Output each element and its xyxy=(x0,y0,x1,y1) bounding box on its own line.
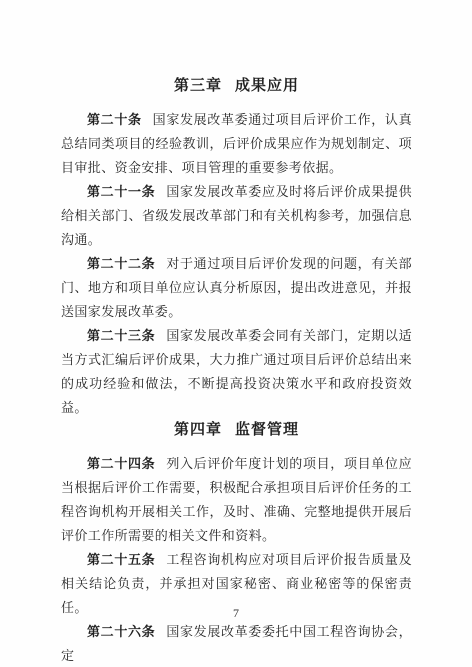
article-number: 第二十条 xyxy=(87,112,142,127)
article-number: 第二十三条 xyxy=(87,328,155,343)
chapter-title: 监督管理 xyxy=(235,422,299,438)
article-paragraph: 第二十六条国家发展改革委委托中国工程咨询协会，定 xyxy=(61,620,412,667)
chapter-heading: 第四章监督管理 xyxy=(61,420,412,440)
article-number: 第二十二条 xyxy=(87,256,155,271)
chapter-number: 第三章 xyxy=(174,78,222,94)
article-number: 第二十一条 xyxy=(87,184,155,199)
article-paragraph: 第二十三条国家发展改革委会同有关部门，定期以适当方式汇编后评价成果，大力推广通过… xyxy=(61,324,412,420)
article-number: 第二十四条 xyxy=(87,456,155,471)
article-paragraph: 第二十条国家发展改革委通过项目后评价工作，认真总结同类项目的经验教训，后评价成果… xyxy=(61,108,412,180)
chapter-title: 成果应用 xyxy=(235,78,299,94)
document-page: 第三章成果应用第二十条国家发展改革委通过项目后评价工作，认真总结同类项目的经验教… xyxy=(0,0,472,667)
chapter-heading: 第三章成果应用 xyxy=(61,76,412,96)
chapter-number: 第四章 xyxy=(174,422,222,438)
article-number: 第二十五条 xyxy=(87,552,155,567)
article-paragraph: 第二十一条国家发展改革委应及时将后评价成果提供给相关部门、省级发展改革部门和有关… xyxy=(61,180,412,252)
page-body: 第三章成果应用第二十条国家发展改革委通过项目后评价工作，认真总结同类项目的经验教… xyxy=(61,76,412,667)
article-paragraph: 第二十四条列入后评价年度计划的项目，项目单位应当根据后评价工作需要，积极配合承担… xyxy=(61,452,412,548)
page-number: 7 xyxy=(0,606,472,620)
article-paragraph: 第二十二条对于通过项目后评价发现的问题，有关部门、地方和项目单位应认真分析原因，… xyxy=(61,252,412,324)
article-number: 第二十六条 xyxy=(87,624,155,639)
